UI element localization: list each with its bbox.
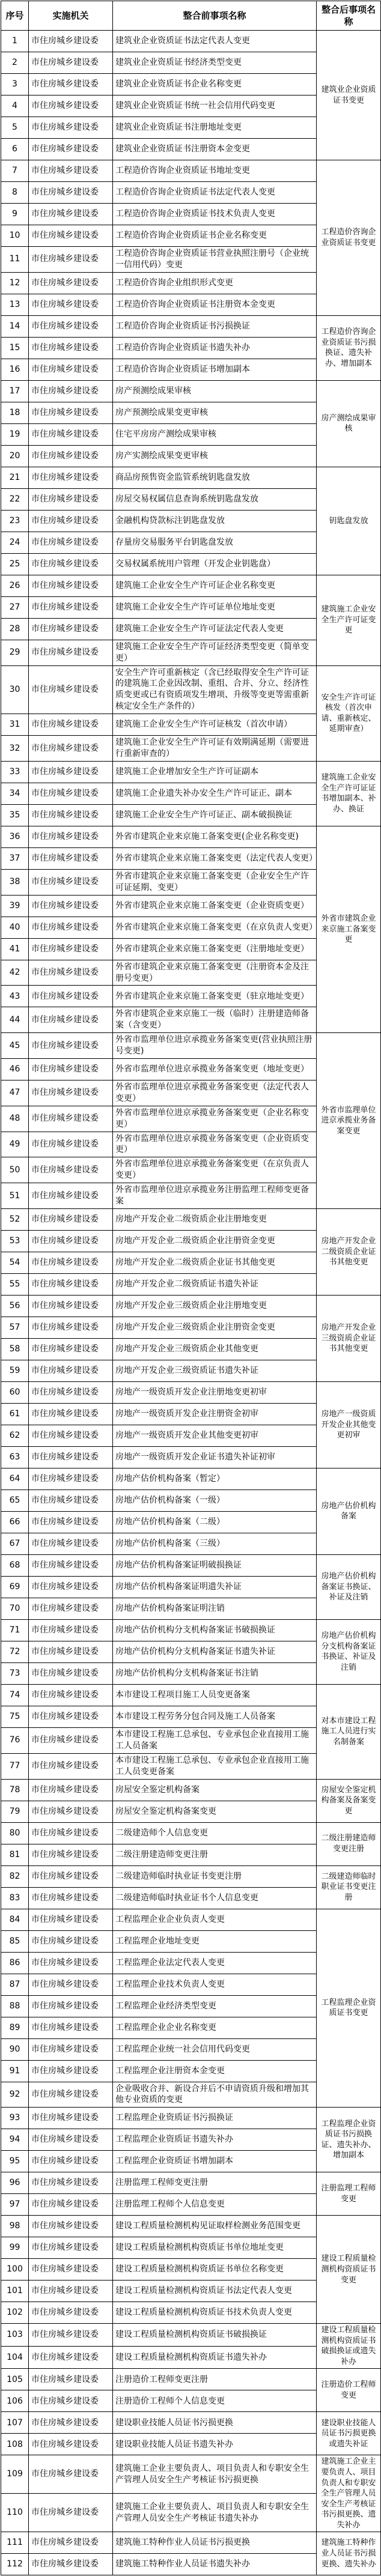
table-row: 109市住房城乡建设委建筑施工企业主要负责人、项目负责人和专职安全生产管理人员安… <box>1 2455 381 2494</box>
item-after-cell: 工程造价咨询企业资质证书变更 <box>317 160 381 316</box>
item-before-cell: 建设工程质量检测机构资质证书单位地址变更 <box>113 2237 317 2259</box>
item-before-cell: 房地产开发企业二级资质企业注册地变更 <box>113 1208 317 1230</box>
agency-cell: 市住房城乡建设委 <box>29 596 113 618</box>
agency-cell: 市住房城乡建设委 <box>29 52 113 74</box>
serial-cell: 98 <box>1 2216 29 2237</box>
agency-cell: 市住房城乡建设委 <box>29 1974 113 1995</box>
item-after-cell: 工程监理企业资质证书变更 <box>317 1909 381 2108</box>
item-before-cell: 房地产估价机构备案（三级） <box>113 1533 317 1554</box>
serial-cell: 54 <box>1 1252 29 1273</box>
agency-cell: 市住房城乡建设委 <box>29 445 113 467</box>
item-before-cell: 外省市建筑企业来京施工一级（临时）注册建造师备案（含变更） <box>113 1007 317 1033</box>
agency-cell: 市住房城乡建设委 <box>29 139 113 160</box>
item-before-cell: 房地产估价机构分支机构备案证书注销 <box>113 1662 317 1684</box>
agency-cell: 市住房城乡建设委 <box>29 74 113 95</box>
item-before-cell: 建筑施工企业安全生产许可证单位地址变更 <box>113 596 317 618</box>
agency-cell: 市住房城乡建设委 <box>29 182 113 204</box>
serial-cell: 97 <box>1 2194 29 2216</box>
item-before-cell: 工程造价咨询企业资质证书遗失补办 <box>113 337 317 359</box>
agency-cell: 市住房城乡建设委 <box>29 95 113 117</box>
item-after-cell: 建筑施工企业安全生产许可证变更 <box>317 575 381 665</box>
approval-items-table: 序号 实施机关 整合前事项名称 整合后事项名称 1市住房城乡建设委建筑业企业资质… <box>1 1 381 2575</box>
table-row: 14市住房城乡建设委工程造价咨询企业资质证书污损换证工程造价咨询企业资质证书污损… <box>1 315 381 337</box>
item-after-cell: 安全生产许可证核发（首次申请、重新核定、延期审查） <box>317 665 381 761</box>
serial-cell: 106 <box>1 2390 29 2412</box>
serial-cell: 107 <box>1 2412 29 2434</box>
agency-cell: 市住房城乡建设委 <box>29 1208 113 1230</box>
serial-cell: 68 <box>1 1554 29 1576</box>
item-before-cell: 注册监理工程师变更注册 <box>113 2172 317 2194</box>
item-after-cell: 外省市建筑企业来京施工备案变更 <box>317 826 381 1032</box>
serial-cell: 11 <box>1 247 29 273</box>
serial-cell: 5 <box>1 117 29 139</box>
item-before-cell: 房地产一级资质开发企业证书遗失补证初审 <box>113 1446 317 1468</box>
item-before-cell: 建筑施工企业安全生产许可证正、副本破损换证 <box>113 804 317 826</box>
serial-cell: 42 <box>1 960 29 986</box>
item-before-cell: 工程造价咨询企业资质证书注册资本金变更 <box>113 294 317 315</box>
item-after-cell: 注册造价工程师变更 <box>317 2369 381 2412</box>
agency-cell: 市住房城乡建设委 <box>29 2324 113 2347</box>
serial-cell: 33 <box>1 761 29 783</box>
agency-cell: 市住房城乡建设委 <box>29 2172 113 2194</box>
item-before-cell: 房地产估价机构分支机构备案证书遗失补证 <box>113 1641 317 1662</box>
item-before-cell: 外省市监理单位进京承揽业务备案变更（地址变更） <box>113 1059 317 1080</box>
item-before-cell: 建筑施工特种作业人员证书遗失补办 <box>113 2554 317 2575</box>
item-before-cell: 工程监理企业企业名称变更 <box>113 2017 317 2038</box>
item-before-cell: 建筑施工特种作业人员证书污损更换 <box>113 2532 317 2554</box>
agency-cell: 市住房城乡建设委 <box>29 869 113 895</box>
agency-cell: 市住房城乡建设委 <box>29 2129 113 2151</box>
serial-cell: 39 <box>1 895 29 917</box>
agency-cell: 市住房城乡建设委 <box>29 2108 113 2129</box>
agency-cell: 市住房城乡建设委 <box>29 1598 113 1619</box>
item-before-cell: 建筑施工企业安全生产许可证法定代表人变更 <box>113 618 317 640</box>
item-before-cell: 本市建设工程劳务分包合同及施工人员备案 <box>113 1706 317 1727</box>
serial-cell: 78 <box>1 1779 29 1801</box>
item-before-cell: 房地产开发企业二级资质企业注册资金变更 <box>113 1230 317 1252</box>
item-before-cell: 工程造价咨询企业资质证书技术负责人变更 <box>113 204 317 225</box>
agency-cell: 市住房城乡建设委 <box>29 1844 113 1865</box>
agency-cell: 市住房城乡建设委 <box>29 1033 113 1059</box>
serial-cell: 96 <box>1 2172 29 2194</box>
serial-cell: 65 <box>1 1490 29 1511</box>
item-before-cell: 交易权属系统用户管理（开发企业钥匙盘） <box>113 553 317 575</box>
item-before-cell: 房地产估价机构备案证明遗失补证 <box>113 1576 317 1598</box>
item-after-cell: 二级注册建造师变更注册 <box>317 1822 381 1865</box>
item-before-cell: 安全生产许可重新核定（含已经取得安全生产许可证的建筑施工企业因改制、重组、合并、… <box>113 665 317 714</box>
item-after-cell: 建筑施工特种作业人员证书污损更换、遗失补办 <box>317 2532 381 2575</box>
agency-cell: 市住房城乡建设委 <box>29 247 113 273</box>
item-before-cell: 房地产估价机构备案（二级） <box>113 1511 317 1533</box>
table-row: 1市住房城乡建设委建筑业企业资质证书法定代表人变更建筑业企业资质证书变更 <box>1 31 381 52</box>
serial-cell: 32 <box>1 736 29 762</box>
agency-cell: 市住房城乡建设委 <box>29 272 113 294</box>
item-before-cell: 建设职业技能人员证书遗失补办 <box>113 2434 317 2455</box>
agency-cell: 市住房城乡建设委 <box>29 2216 113 2237</box>
item-before-cell: 建设工程质量检测机构资质证书技术负责人变更 <box>113 2302 317 2324</box>
serial-cell: 46 <box>1 1059 29 1080</box>
agency-cell: 市住房城乡建设委 <box>29 1338 113 1360</box>
item-before-cell: 外省市监理单位进京承揽业务备案变更（企业资质变更） <box>113 1132 317 1157</box>
agency-cell: 市住房城乡建设委 <box>29 510 113 532</box>
item-before-cell: 建筑施工企业安全生产许可证核发（首次申请） <box>113 714 317 736</box>
item-before-cell: 注册造价工程师变更注册 <box>113 2369 317 2390</box>
item-before-cell: 工程监理企业经济类型变更 <box>113 1995 317 2017</box>
serial-cell: 51 <box>1 1183 29 1209</box>
agency-cell: 市住房城乡建设委 <box>29 1183 113 1209</box>
serial-cell: 52 <box>1 1208 29 1230</box>
agency-cell: 市住房城乡建设委 <box>29 2494 113 2532</box>
agency-cell: 市住房城乡建设委 <box>29 960 113 986</box>
agency-cell: 市住房城乡建设委 <box>29 359 113 380</box>
agency-cell: 市住房城乡建设委 <box>29 2038 113 2060</box>
item-before-cell: 建筑业企业资质证书法定代表人变更 <box>113 31 317 52</box>
item-before-cell: 房地产一级资质开发企业注册地变更初审 <box>113 1381 317 1403</box>
item-before-cell: 本市建设工程施工总承包、专业承包企业直接用工施工人员备案 <box>113 1727 317 1753</box>
agency-cell: 市住房城乡建设委 <box>29 1252 113 1273</box>
item-before-cell: 工程监理企业技术负责人变更 <box>113 1974 317 1995</box>
item-after-cell: 建设职业技能人员证书污损更换或遗失补证 <box>317 2412 381 2455</box>
agency-cell: 市住房城乡建设委 <box>29 1446 113 1468</box>
agency-cell: 市住房城乡建设委 <box>29 1403 113 1425</box>
serial-cell: 101 <box>1 2281 29 2302</box>
serial-cell: 30 <box>1 665 29 714</box>
item-before-cell: 二级注册建造师变更注册 <box>113 1844 317 1865</box>
agency-cell: 市住房城乡建设委 <box>29 1273 113 1295</box>
agency-cell: 市住房城乡建设委 <box>29 1533 113 1554</box>
item-before-cell: 工程造价咨询企业资质证书法定代表人变更 <box>113 182 317 204</box>
serial-cell: 56 <box>1 1295 29 1317</box>
serial-cell: 62 <box>1 1425 29 1446</box>
table-row: 33市住房城乡建设委建筑施工企业增加安全生产许可证副本建筑施工企业安全生产许可证… <box>1 761 381 783</box>
serial-cell: 17 <box>1 380 29 402</box>
table-row: 96市住房城乡建设委注册监理工程师变更注册注册监理工程师变更 <box>1 2172 381 2194</box>
agency-cell: 市住房城乡建设委 <box>29 1295 113 1317</box>
item-before-cell: 房地产开发企业三级资质企业注册资金变更 <box>113 1317 317 1338</box>
item-after-cell: 建设工程质量检测机构资质证书破损换证或遗失补办 <box>317 2324 381 2369</box>
item-before-cell: 工程监理企业企业负责人变更 <box>113 1909 317 1930</box>
agency-cell: 市住房城乡建设委 <box>29 826 113 847</box>
agency-cell: 市住房城乡建设委 <box>29 783 113 804</box>
serial-cell: 66 <box>1 1511 29 1533</box>
agency-cell: 市住房城乡建设委 <box>29 618 113 640</box>
item-before-cell: 房产预测绘成果审核 <box>113 380 317 402</box>
item-before-cell: 工程造价咨询企业资质证书增加副本 <box>113 359 317 380</box>
item-before-cell: 外省市建筑企业来京施工备案变更（注册地址变更） <box>113 938 317 960</box>
item-before-cell: 房地产开发企业二级资质证书遗失补证 <box>113 1273 317 1295</box>
header-row: 序号 实施机关 整合前事项名称 整合后事项名称 <box>1 1 381 31</box>
serial-cell: 112 <box>1 2554 29 2575</box>
item-before-cell: 房地产一级资质开发企业注册资金初审 <box>113 1403 317 1425</box>
agency-cell: 市住房城乡建设委 <box>29 1753 113 1779</box>
agency-cell: 市住房城乡建设委 <box>29 1909 113 1930</box>
serial-cell: 35 <box>1 804 29 826</box>
item-before-cell: 建筑施工企业遗失补办安全生产许可证正、副本 <box>113 783 317 804</box>
serial-cell: 41 <box>1 938 29 960</box>
serial-cell: 103 <box>1 2324 29 2347</box>
col-header-serial: 序号 <box>1 1 29 31</box>
serial-cell: 75 <box>1 1706 29 1727</box>
agency-cell: 市住房城乡建设委 <box>29 1157 113 1183</box>
item-before-cell: 工程监理企业地址变更 <box>113 1930 317 1952</box>
serial-cell: 108 <box>1 2434 29 2455</box>
table-row: 56市住房城乡建设委房地产开发企业三级资质企业注册地变更房地产开发企业三级资质企… <box>1 1295 381 1317</box>
item-before-cell: 外省市建筑企业来京施工备案变更（法定代表人变更） <box>113 847 317 869</box>
serial-cell: 31 <box>1 714 29 736</box>
serial-cell: 64 <box>1 1468 29 1490</box>
serial-cell: 24 <box>1 532 29 553</box>
item-before-cell: 房地产估价机构备案（一级） <box>113 1490 317 1511</box>
item-after-cell: 外省市监理单位进京承揽业务备案变更 <box>317 1033 381 1209</box>
serial-cell: 16 <box>1 359 29 380</box>
agency-cell: 市住房城乡建设委 <box>29 532 113 553</box>
serial-cell: 13 <box>1 294 29 315</box>
agency-cell: 市住房城乡建设委 <box>29 1662 113 1684</box>
serial-cell: 28 <box>1 618 29 640</box>
item-before-cell: 外省市建筑企业来京施工备案变更（在京负责人变更） <box>113 917 317 938</box>
item-before-cell: 工程监理企业注册资本金变更 <box>113 2060 317 2082</box>
item-before-cell: 房地产估价机构分支机构备案证书破损换证 <box>113 1619 317 1641</box>
table-header: 序号 实施机关 整合前事项名称 整合后事项名称 <box>1 1 381 31</box>
item-before-cell: 建设工程质量检测机构资质证书破损换证 <box>113 2324 317 2347</box>
table-row: 60市住房城乡建设委房地产一级资质开发企业注册地变更初审房地产一级资质开发企业其… <box>1 1381 381 1403</box>
serial-cell: 74 <box>1 1684 29 1706</box>
serial-cell: 25 <box>1 553 29 575</box>
agency-cell: 市住房城乡建设委 <box>29 1317 113 1338</box>
agency-cell: 市住房城乡建设委 <box>29 2390 113 2412</box>
agency-cell: 市住房城乡建设委 <box>29 467 113 488</box>
item-before-cell: 建筑业企业资质证书注册资本金变更 <box>113 139 317 160</box>
serial-cell: 10 <box>1 225 29 247</box>
serial-cell: 60 <box>1 1381 29 1403</box>
item-before-cell: 建筑施工企业安全生产许可证有效期满延期（需要进行重新审查的） <box>113 736 317 762</box>
item-after-cell: 房地产开发企业二级资质企业证书其他变更 <box>317 1208 381 1295</box>
item-after-cell: 工程造价咨询企业资质证书污损换证、遗失补办、增加副本 <box>317 315 381 380</box>
item-before-cell: 建设工程质量检测机构资质证书遗失补办 <box>113 2346 317 2369</box>
agency-cell: 市住房城乡建设委 <box>29 1576 113 1598</box>
serial-cell: 95 <box>1 2151 29 2172</box>
item-before-cell: 建筑施工企业增加安全生产许可证副本 <box>113 761 317 783</box>
item-before-cell: 外省市建筑企业来京施工备案变更(企业名称变更) <box>113 826 317 847</box>
item-before-cell: 房地产估价机构备案证明注销 <box>113 1598 317 1619</box>
serial-cell: 94 <box>1 2129 29 2151</box>
agency-cell: 市住房城乡建设委 <box>29 553 113 575</box>
item-before-cell: 二级建造师临时执业证书个人信息变更 <box>113 1887 317 1909</box>
table-row: 45市住房城乡建设委外省市监理单位进京承揽业务备案变更(营业执照注册号变更)外省… <box>1 1033 381 1059</box>
item-before-cell: 工程监理企业资质证书污损换证 <box>113 2108 317 2129</box>
agency-cell: 市住房城乡建设委 <box>29 986 113 1007</box>
item-after-cell: 工程监理企业资质证书污损换证、遗失补办、增加副本 <box>317 2108 381 2172</box>
agency-cell: 市住房城乡建设委 <box>29 736 113 762</box>
agency-cell: 市住房城乡建设委 <box>29 1619 113 1641</box>
table-row: 82市住房城乡建设委二级建造师临时执业证书变更注册二级建造师临时职业证书变更注册 <box>1 1865 381 1887</box>
agency-cell: 市住房城乡建设委 <box>29 2434 113 2455</box>
serial-cell: 49 <box>1 1132 29 1157</box>
item-before-cell: 建设工程质量检测机构资质证书单位名称变更 <box>113 2259 317 2281</box>
table-row: 103市住房城乡建设委建设工程质量检测机构资质证书破损换证建设工程质量检测机构资… <box>1 2324 381 2347</box>
agency-cell: 市住房城乡建设委 <box>29 315 113 337</box>
agency-cell: 市住房城乡建设委 <box>29 380 113 402</box>
serial-cell: 3 <box>1 74 29 95</box>
agency-cell: 市住房城乡建设委 <box>29 337 113 359</box>
agency-cell: 市住房城乡建设委 <box>29 714 113 736</box>
agency-cell: 市住房城乡建设委 <box>29 847 113 869</box>
serial-cell: 105 <box>1 2369 29 2390</box>
agency-cell: 市住房城乡建设委 <box>29 2302 113 2324</box>
agency-cell: 市住房城乡建设委 <box>29 2194 113 2216</box>
serial-cell: 91 <box>1 2060 29 2082</box>
serial-cell: 20 <box>1 445 29 467</box>
item-before-cell: 工程监理企业法定代表人变更 <box>113 1952 317 1974</box>
serial-cell: 92 <box>1 2082 29 2108</box>
serial-cell: 82 <box>1 1865 29 1887</box>
agency-cell: 市住房城乡建设委 <box>29 1132 113 1157</box>
agency-cell: 市住房城乡建设委 <box>29 2237 113 2259</box>
agency-cell: 市住房城乡建设委 <box>29 1468 113 1490</box>
agency-cell: 市住房城乡建设委 <box>29 1822 113 1844</box>
serial-cell: 59 <box>1 1360 29 1381</box>
item-before-cell: 外省市建筑企业来京施工备案变更（企业安全生产许可证延期、变更） <box>113 869 317 895</box>
table-row: 105市住房城乡建设委注册造价工程师变更注册注册造价工程师变更 <box>1 2369 381 2390</box>
agency-cell: 市住房城乡建设委 <box>29 938 113 960</box>
serial-cell: 48 <box>1 1106 29 1132</box>
agency-cell: 市住房城乡建设委 <box>29 1706 113 1727</box>
serial-cell: 110 <box>1 2494 29 2532</box>
serial-cell: 70 <box>1 1598 29 1619</box>
agency-cell: 市住房城乡建设委 <box>29 1007 113 1033</box>
item-before-cell: 房地产开发企业三级资质企业其他变更 <box>113 1338 317 1360</box>
agency-cell: 市住房城乡建设委 <box>29 804 113 826</box>
item-before-cell: 建筑施工企业安全生产许可证企业名称变更 <box>113 575 317 596</box>
serial-cell: 72 <box>1 1641 29 1662</box>
serial-cell: 9 <box>1 204 29 225</box>
item-before-cell: 外省市监理单位进京承揽业务备案变更（企业名称变更） <box>113 1106 317 1132</box>
item-before-cell: 外省市监理单位进京承揽业务备案变更（法定代表人变更） <box>113 1080 317 1106</box>
item-before-cell: 外省市建筑企业来京施工备案变更（注册资本金及注册号变更） <box>113 960 317 986</box>
serial-cell: 85 <box>1 1930 29 1952</box>
serial-cell: 36 <box>1 826 29 847</box>
serial-cell: 15 <box>1 337 29 359</box>
serial-cell: 1 <box>1 31 29 52</box>
serial-cell: 67 <box>1 1533 29 1554</box>
col-header-item-after: 整合后事项名称 <box>317 1 381 31</box>
item-before-cell: 工程监理企业资质证书增加副本 <box>113 2151 317 2172</box>
serial-cell: 109 <box>1 2455 29 2494</box>
item-before-cell: 企业吸收合并、新设合并后不申请资质升级和增加其他专业资质的变更 <box>113 2082 317 2108</box>
serial-cell: 55 <box>1 1273 29 1295</box>
agency-cell: 市住房城乡建设委 <box>29 1865 113 1887</box>
serial-cell: 83 <box>1 1887 29 1909</box>
serial-cell: 63 <box>1 1446 29 1468</box>
table-row: 84市住房城乡建设委工程监理企业企业负责人变更工程监理企业资质证书变更 <box>1 1909 381 1930</box>
serial-cell: 77 <box>1 1753 29 1779</box>
table-row: 52市住房城乡建设委房地产开发企业二级资质企业注册地变更房地产开发企业二级资质企… <box>1 1208 381 1230</box>
item-before-cell: 金融机构贷款标注钥匙盘发放 <box>113 510 317 532</box>
serial-cell: 7 <box>1 160 29 182</box>
agency-cell: 市住房城乡建设委 <box>29 1952 113 1974</box>
table-row: 74市住房城乡建设委本市建设工程项目施工人员变更备案对本市建设工程施工人员进行实… <box>1 1684 381 1706</box>
serial-cell: 69 <box>1 1576 29 1598</box>
item-before-cell: 建筑业企业资质证书经济类型变更 <box>113 52 317 74</box>
item-before-cell: 房地产估价机构备案（暂定） <box>113 1468 317 1490</box>
item-before-cell: 本市建设工程项目施工人员变更备案 <box>113 1684 317 1706</box>
table-row: 98市住房城乡建设委建设工程质量检测机构见证取样检测业务范围变更建设工程质量检测… <box>1 2216 381 2237</box>
serial-cell: 104 <box>1 2346 29 2369</box>
item-before-cell: 房地产一级资质开发企业其他变更初审 <box>113 1425 317 1446</box>
item-after-cell: 房产测绘成果审核 <box>317 380 381 467</box>
agency-cell: 市住房城乡建设委 <box>29 2412 113 2434</box>
agency-cell: 市住房城乡建设委 <box>29 204 113 225</box>
table-row: 64市住房城乡建设委房地产估价机构备案（暂定）房地产估价机构备案 <box>1 1468 381 1490</box>
serial-cell: 2 <box>1 52 29 74</box>
item-after-cell: 房地产估价机构分支机构备案证书换证、补证及注销 <box>317 1619 381 1684</box>
item-before-cell: 外省市建筑企业来京施工备案变更（驻京地址变更） <box>113 986 317 1007</box>
item-after-cell: 注册监理工程师变更 <box>317 2172 381 2216</box>
agency-cell: 市住房城乡建设委 <box>29 761 113 783</box>
item-after-cell: 房地产估价机构备案证书换证、补证及注销 <box>317 1554 381 1619</box>
agency-cell: 市住房城乡建设委 <box>29 1106 113 1132</box>
table-row: 17市住房城乡建设委房产预测绘成果审核房产测绘成果审核 <box>1 380 381 402</box>
agency-cell: 市住房城乡建设委 <box>29 1995 113 2017</box>
serial-cell: 18 <box>1 402 29 423</box>
serial-cell: 99 <box>1 2237 29 2259</box>
table-row: 21市住房城乡建设委商品房预售资金监管系统钥匙盘发放钥匙盘发放 <box>1 467 381 488</box>
serial-cell: 73 <box>1 1662 29 1684</box>
item-before-cell: 房地产开发企业三级资质证书遗失补证 <box>113 1360 317 1381</box>
agency-cell: 市住房城乡建设委 <box>29 2281 113 2302</box>
item-before-cell: 建筑业企业资质证书统一社会信用代码变更 <box>113 95 317 117</box>
agency-cell: 市住房城乡建设委 <box>29 1554 113 1576</box>
agency-cell: 市住房城乡建设委 <box>29 1360 113 1381</box>
serial-cell: 76 <box>1 1727 29 1753</box>
item-before-cell: 房产预测绘成果变更审核 <box>113 402 317 423</box>
agency-cell: 市住房城乡建设委 <box>29 1230 113 1252</box>
item-after-cell: 钥匙盘发放 <box>317 467 381 575</box>
agency-cell: 市住房城乡建设委 <box>29 488 113 510</box>
serial-cell: 79 <box>1 1801 29 1822</box>
agency-cell: 市住房城乡建设委 <box>29 1080 113 1106</box>
item-before-cell: 房地产估价机构备案证明破损换证 <box>113 1554 317 1576</box>
serial-cell: 40 <box>1 917 29 938</box>
serial-cell: 21 <box>1 467 29 488</box>
item-before-cell: 建筑施工企业安全生产许可证经济类型变更（简单变更） <box>113 640 317 665</box>
serial-cell: 44 <box>1 1007 29 1033</box>
serial-cell: 90 <box>1 2038 29 2060</box>
agency-cell: 市住房城乡建设委 <box>29 1684 113 1706</box>
serial-cell: 84 <box>1 1909 29 1930</box>
item-before-cell: 房地产开发企业二级资质企业证书其他变更 <box>113 1252 317 1273</box>
agency-cell: 市住房城乡建设委 <box>29 895 113 917</box>
serial-cell: 93 <box>1 2108 29 2129</box>
agency-cell: 市住房城乡建设委 <box>29 2455 113 2494</box>
agency-cell: 市住房城乡建设委 <box>29 1059 113 1080</box>
agency-cell: 市住房城乡建设委 <box>29 2151 113 2172</box>
serial-cell: 6 <box>1 139 29 160</box>
serial-cell: 37 <box>1 847 29 869</box>
item-after-cell: 房地产开发企业三级资质企业证书其他变更 <box>317 1295 381 1381</box>
agency-cell: 市住房城乡建设委 <box>29 117 113 139</box>
item-before-cell: 建设工程质量检测机构见证取样检测业务范围变更 <box>113 2216 317 2237</box>
agency-cell: 市住房城乡建设委 <box>29 917 113 938</box>
serial-cell: 4 <box>1 95 29 117</box>
item-before-cell: 注册监理工程师个人信息变更 <box>113 2194 317 2216</box>
table-row: 30市住房城乡建设委安全生产许可重新核定（含已经取得安全生产许可证的建筑施工企业… <box>1 665 381 714</box>
agency-cell: 市住房城乡建设委 <box>29 1779 113 1801</box>
agency-cell: 市住房城乡建设委 <box>29 1801 113 1822</box>
item-after-cell: 建筑施工企业主要负责人、项目负责人和专职安全生产管理人员安全生产考核证书污损更换… <box>317 2455 381 2532</box>
item-before-cell: 外省市监理单位进京承揽业务备案变更(营业执照注册号变更) <box>113 1033 317 1059</box>
item-before-cell: 工程监理企业统一社会信用代码变更 <box>113 2038 317 2060</box>
